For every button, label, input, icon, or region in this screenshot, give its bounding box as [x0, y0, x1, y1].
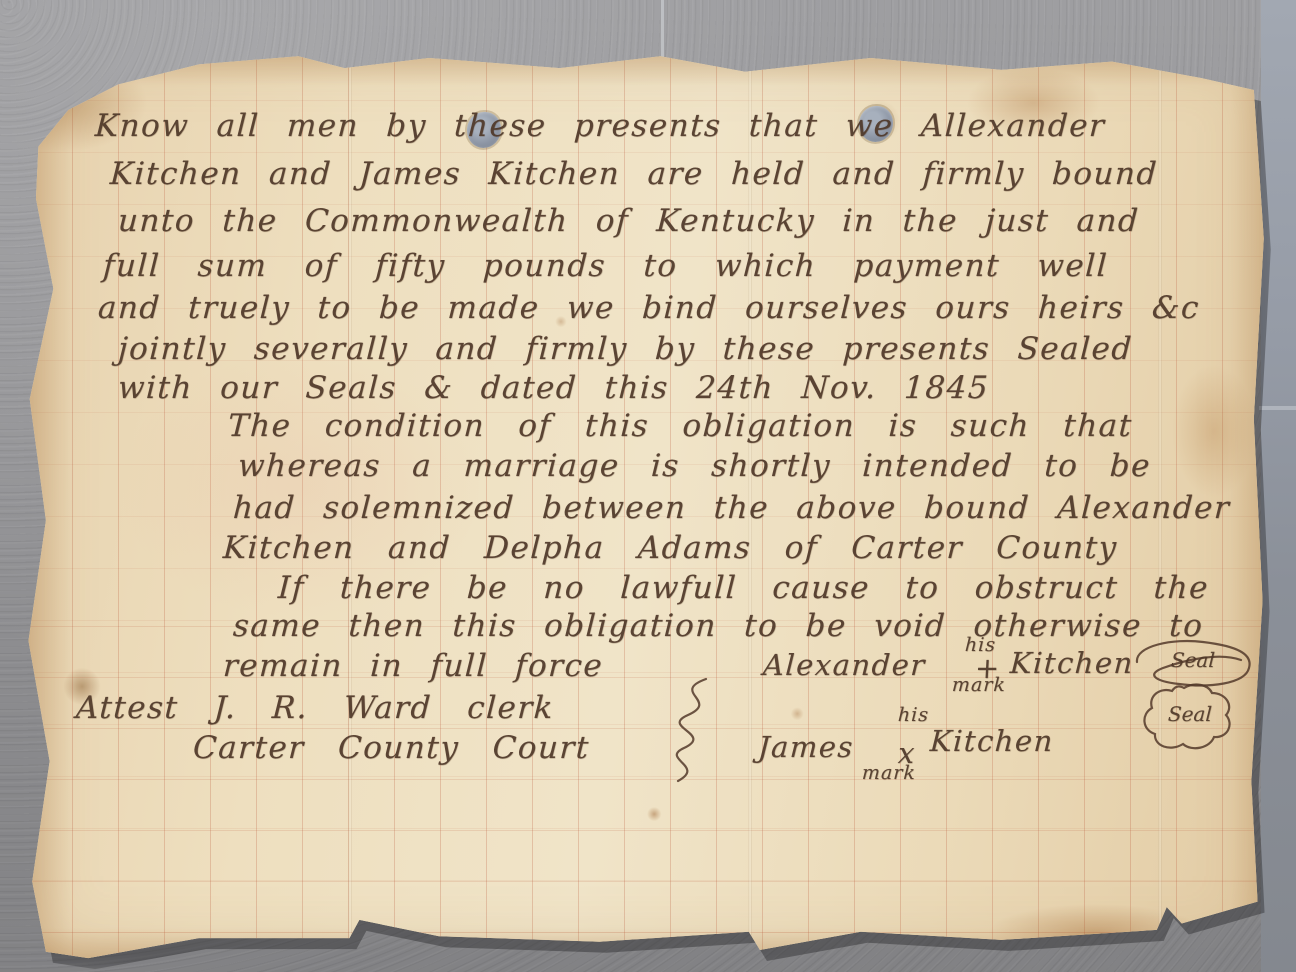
signature-james-mark: mark — [861, 762, 916, 784]
tabletop-seam-horizontal — [1259, 406, 1296, 410]
attest-line: Attest J. R. Ward clerk — [75, 690, 555, 726]
handwritten-line: Kitchen and Delpha Adams of Carter Count… — [222, 530, 1118, 566]
handwritten-line: and truely to be made we bind ourselves … — [97, 290, 1201, 326]
handwritten-line: with our Seals & dated this 24th Nov. 18… — [117, 370, 990, 406]
handwritten-line: whereas a marriage is shortly intended t… — [237, 448, 1152, 484]
handwritten-line: The condition of this obligation is such… — [227, 408, 1134, 444]
seal-flourish-scallop: Seal — [1138, 682, 1238, 754]
signature-alexander-first: Alexander — [762, 648, 927, 682]
handwritten-line: Know all men by these presents that we A… — [94, 108, 1106, 144]
court-line: Carter County Court — [192, 730, 591, 766]
signature-james-his: his — [897, 704, 929, 726]
signature-alexander-last: Kitchen — [1009, 646, 1135, 680]
document-paper: Know all men by these presents that we A… — [26, 48, 1270, 960]
handwritten-line: unto the Commonwealth of Kentucky in the… — [117, 203, 1140, 239]
handwritten-line: Kitchen and James Kitchen are held and f… — [109, 156, 1159, 192]
handwritten-line: jointly severally and firmly by these pr… — [117, 331, 1134, 367]
handwritten-line: If there be no lawfull cause to obstruct… — [277, 570, 1210, 606]
photographed-document-scene: Know all men by these presents that we A… — [0, 0, 1296, 972]
signature-alexander-mark: mark — [951, 674, 1006, 696]
signature-james-first: James — [757, 730, 855, 764]
seal-label: Seal — [1167, 702, 1212, 726]
handwritten-line: had solemnized between the above bound A… — [232, 490, 1231, 526]
handwritten-line: remain in full force — [222, 648, 604, 684]
handwritten-line: same then this obligation to be void oth… — [232, 608, 1204, 644]
seal-label: Seal — [1170, 648, 1215, 672]
signature-james-last: Kitchen — [929, 724, 1055, 758]
handwritten-line: full sum of fifty pounds to which paymen… — [102, 248, 1109, 284]
brace-flourish — [650, 674, 722, 786]
tabletop-right-panel — [1261, 0, 1296, 972]
